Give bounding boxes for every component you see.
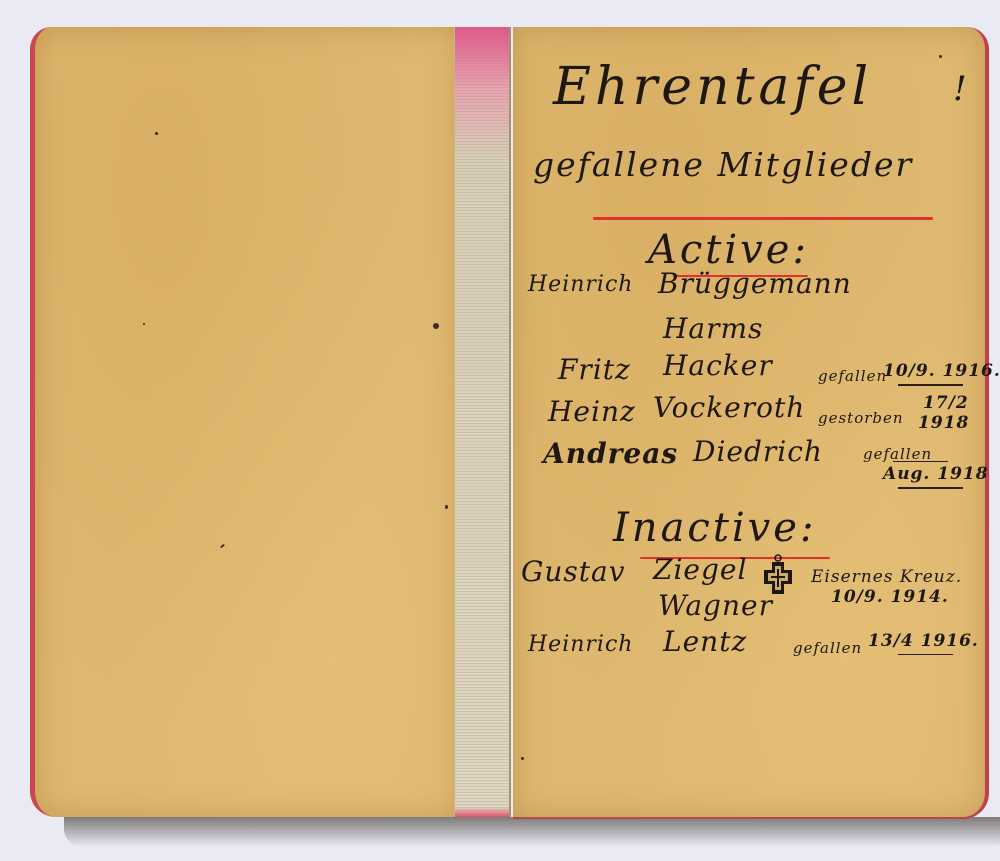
entry-last-name: Diedrich xyxy=(693,435,823,468)
left-page xyxy=(30,27,459,817)
note-underline xyxy=(893,461,948,462)
section-heading-inactive: Inactive: xyxy=(613,505,816,551)
entry-first-name: Heinrich xyxy=(528,272,633,297)
entry-date: 17/2 xyxy=(923,393,969,413)
paper-speck xyxy=(433,323,439,329)
title-red-rule xyxy=(593,217,933,220)
book-shadow xyxy=(64,817,1000,847)
date-underline xyxy=(898,384,963,386)
paper-speck xyxy=(521,757,524,760)
entry-first-name: Andreas xyxy=(543,437,678,470)
page-title: Ehrentafel xyxy=(553,57,872,117)
paper-speck xyxy=(939,55,942,58)
cloth-spine xyxy=(454,27,511,817)
entry-date: Aug. 1918 xyxy=(883,464,989,484)
date-underline xyxy=(898,654,953,655)
entry-last-name: Brüggemann xyxy=(658,267,852,300)
spine-red-edge xyxy=(455,807,509,817)
entry-first-name: Heinz xyxy=(548,395,636,428)
paper-speck xyxy=(143,323,145,325)
entry-note: gefallen xyxy=(818,367,887,385)
paper-speck xyxy=(155,132,158,135)
entry-date: 10/9. 1916. xyxy=(883,361,1000,381)
entry-note: Eisernes Kreuz. xyxy=(811,567,962,587)
entry-first-name: Heinrich xyxy=(528,632,633,657)
entry-date-year: 1918 xyxy=(918,413,969,433)
entry-note: gefallen xyxy=(793,639,862,657)
notebook: Ehrentafel ! gefallene Mitglieder Active… xyxy=(30,27,988,819)
entry-note: gestorben xyxy=(818,409,904,427)
title-exclamation: ! xyxy=(953,69,968,109)
date-underline xyxy=(898,487,963,489)
entry-first-name: Gustav xyxy=(521,555,626,588)
paper-speck xyxy=(445,505,448,509)
entry-date: 10/9. 1914. xyxy=(831,587,949,607)
entry-date: 13/4 1916. xyxy=(868,631,979,651)
entry-first-name: Fritz xyxy=(558,353,631,386)
right-page: Ehrentafel ! gefallene Mitglieder Active… xyxy=(513,27,989,819)
entry-last-name: Harms xyxy=(663,312,763,345)
entry-last-name: Hacker xyxy=(663,349,773,382)
paper-speck xyxy=(220,544,225,549)
entry-last-name: Vockeroth xyxy=(653,391,805,424)
page-subtitle: gefallene Mitglieder xyxy=(533,145,913,184)
entry-last-name: Ziegel xyxy=(653,553,747,586)
entry-last-name: Lentz xyxy=(663,625,747,658)
entry-last-name: Wagner xyxy=(658,589,773,622)
